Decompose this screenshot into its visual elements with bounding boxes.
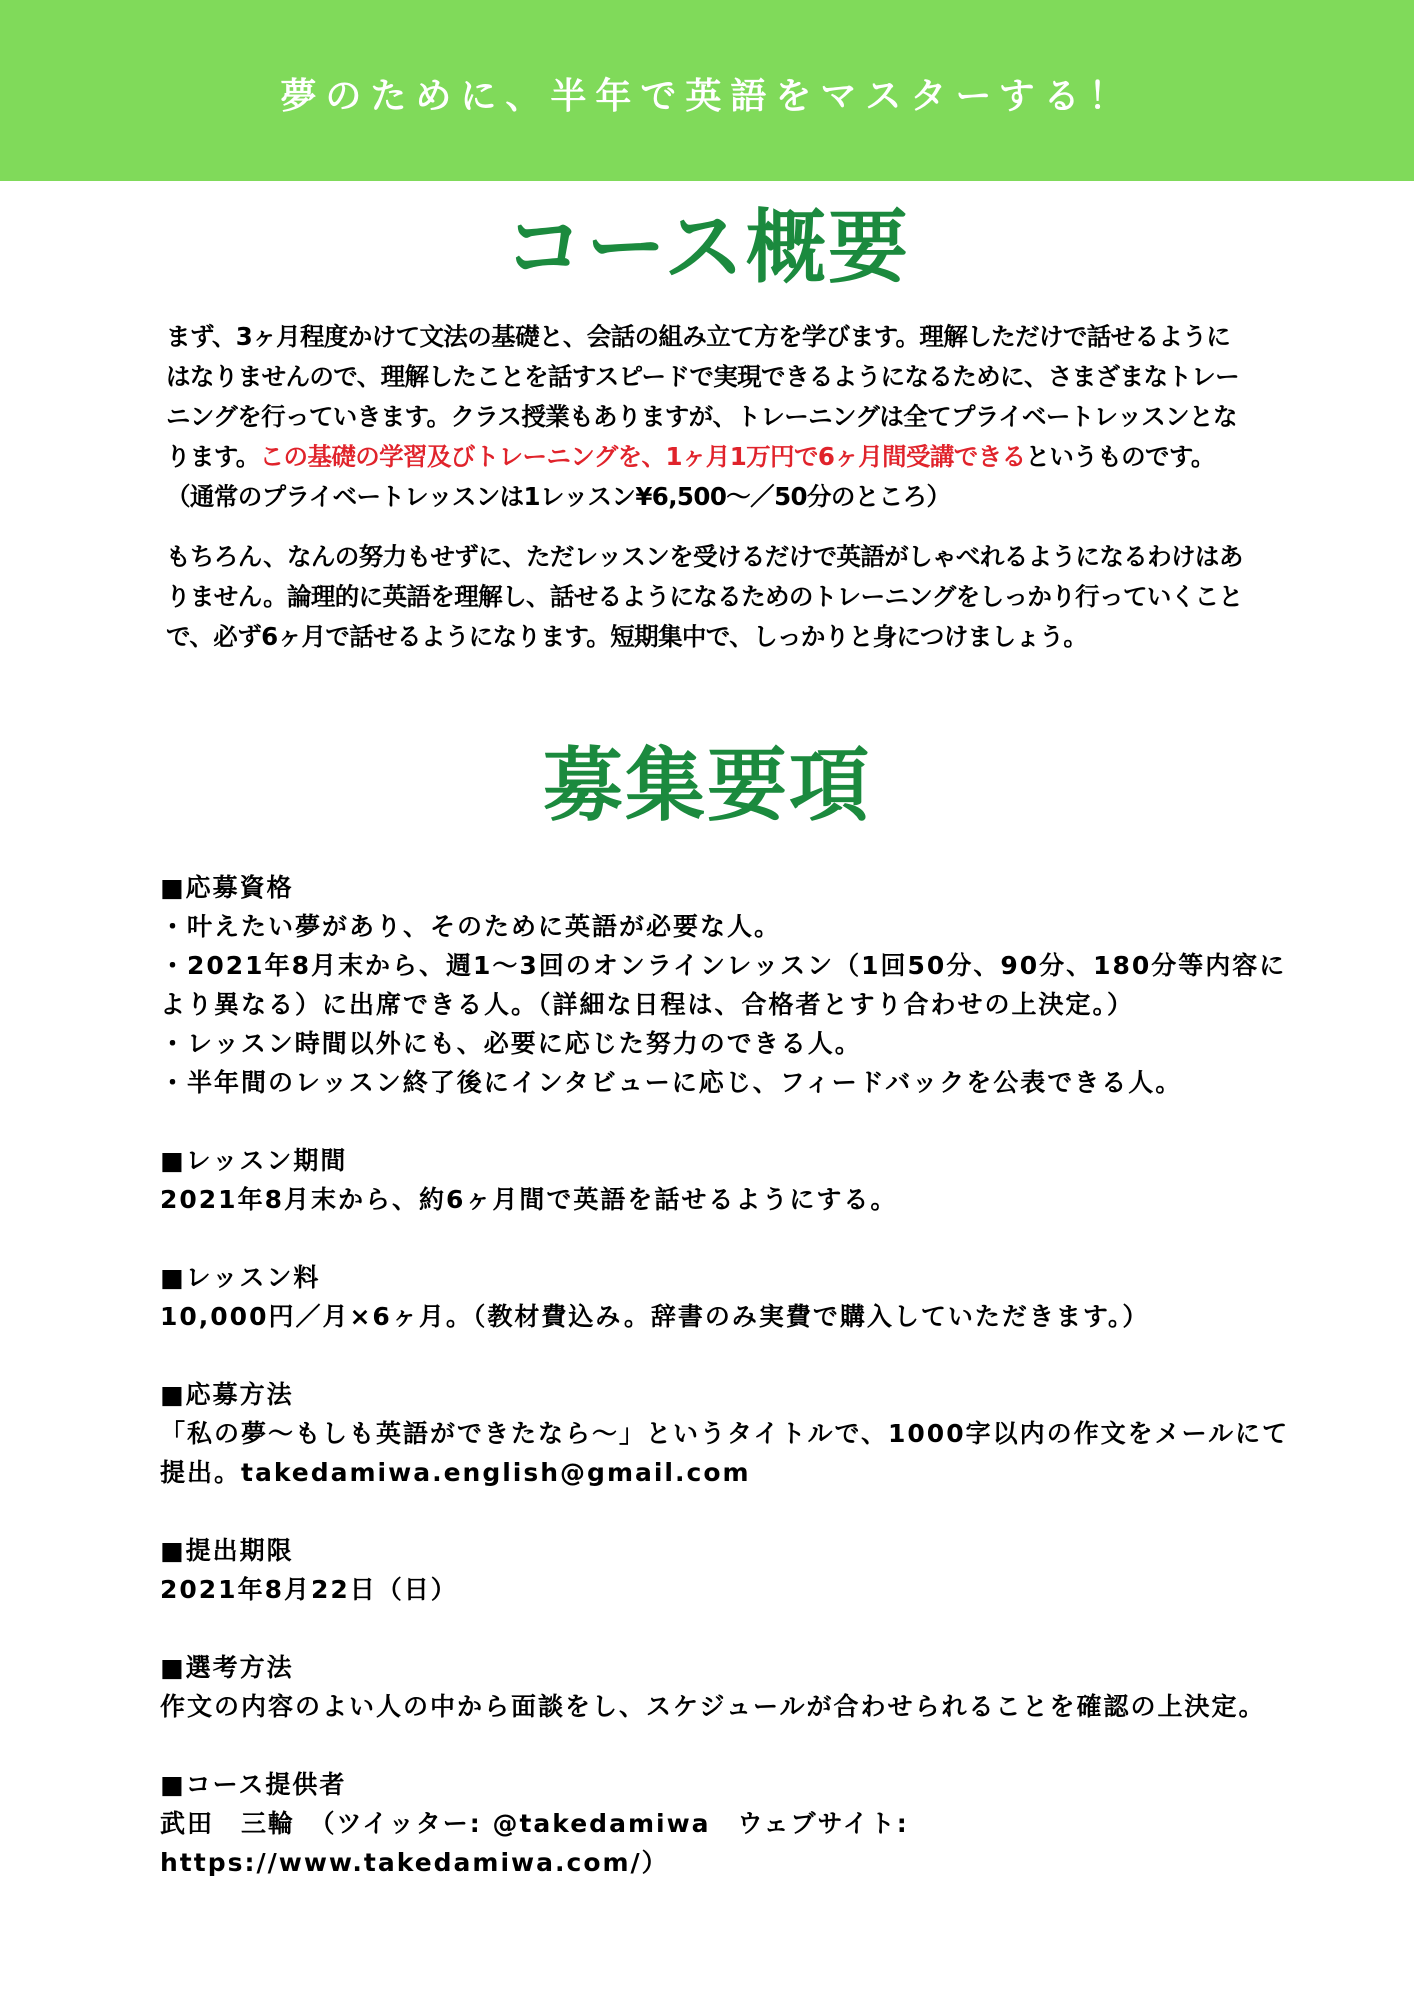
course-overview-heading: コース概要	[0, 208, 1414, 288]
list-item: ・レッスン時間以外にも、必要に応じた努力のできる人。	[160, 1024, 1310, 1063]
banner-title: 夢のために、半年で英語をマスターする！	[0, 68, 1414, 119]
overview-paragraph-1: まず、3ヶ月程度かけて文法の基礎と、会話の組み立て方を学びます。理解しただけで話…	[166, 317, 1246, 517]
overview-paragraph-2: もちろん、なんの努力もせずに、ただレッスンを受けるだけで英語がしゃべれるようにな…	[166, 537, 1246, 657]
section-lesson-period: ■レッスン期間 2021年8月末から、約6ヶ月間で英語を話せるようにする。	[160, 1141, 1310, 1219]
section-title: ■応募方法	[160, 1375, 1310, 1414]
section-lesson-fee: ■レッスン料 10,000円／月×6ヶ月。（教材費込み。辞書のみ実費で購入してい…	[160, 1258, 1310, 1336]
section-title: ■提出期限	[160, 1531, 1310, 1570]
list-item: ・2021年8月末から、週1～3回のオンラインレッスン（1回50分、90分、18…	[160, 946, 1310, 1024]
section-title: ■コース提供者	[160, 1765, 1310, 1804]
section-text: 10,000円／月×6ヶ月。（教材費込み。辞書のみ実費で購入していただきます。）	[160, 1297, 1310, 1336]
section-selection-method: ■選考方法 作文の内容のよい人の中から面談をし、スケジュールが合わせられることを…	[160, 1648, 1310, 1726]
section-course-provider: ■コース提供者 武田 三輪 （ツイッター: @takedamiwa ウェブサイト…	[160, 1765, 1310, 1882]
list-item: ・叶えたい夢があり、そのために英語が必要な人。	[160, 907, 1310, 946]
course-overview-body: まず、3ヶ月程度かけて文法の基礎と、会話の組み立て方を学びます。理解しただけで話…	[166, 317, 1246, 657]
section-text: 2021年8月22日（日）	[160, 1570, 1310, 1609]
section-text: 「私の夢～もしも英語ができたなら～」というタイトルで、1000字以内の作文をメー…	[160, 1414, 1310, 1492]
recruitment-details: ■応募資格 ・叶えたい夢があり、そのために英語が必要な人。 ・2021年8月末か…	[160, 868, 1310, 1921]
section-application-method: ■応募方法 「私の夢～もしも英語ができたなら～」というタイトルで、1000字以内…	[160, 1375, 1310, 1492]
list-item: ・半年間のレッスン終了後にインタビューに応じ、フィードバックを公表できる人。	[160, 1063, 1310, 1102]
section-title: ■レッスン期間	[160, 1141, 1310, 1180]
section-text: 武田 三輪 （ツイッター: @takedamiwa ウェブサイト: https:…	[160, 1804, 1310, 1882]
recruitment-heading: 募集要項	[0, 746, 1414, 826]
section-title: ■選考方法	[160, 1648, 1310, 1687]
section-text: 2021年8月末から、約6ヶ月間で英語を話せるようにする。	[160, 1180, 1310, 1219]
section-text: 作文の内容のよい人の中から面談をし、スケジュールが合わせられることを確認の上決定…	[160, 1687, 1310, 1726]
section-title: ■応募資格	[160, 868, 1310, 907]
highlighted-offer: この基礎の学習及びトレーニングを、1ヶ月1万円で6ヶ月間受講できる	[260, 442, 1026, 471]
section-title: ■レッスン料	[160, 1258, 1310, 1297]
section-deadline: ■提出期限 2021年8月22日（日）	[160, 1531, 1310, 1609]
section-eligibility: ■応募資格 ・叶えたい夢があり、そのために英語が必要な人。 ・2021年8月末か…	[160, 868, 1310, 1102]
header-banner: 夢のために、半年で英語をマスターする！	[0, 0, 1414, 181]
